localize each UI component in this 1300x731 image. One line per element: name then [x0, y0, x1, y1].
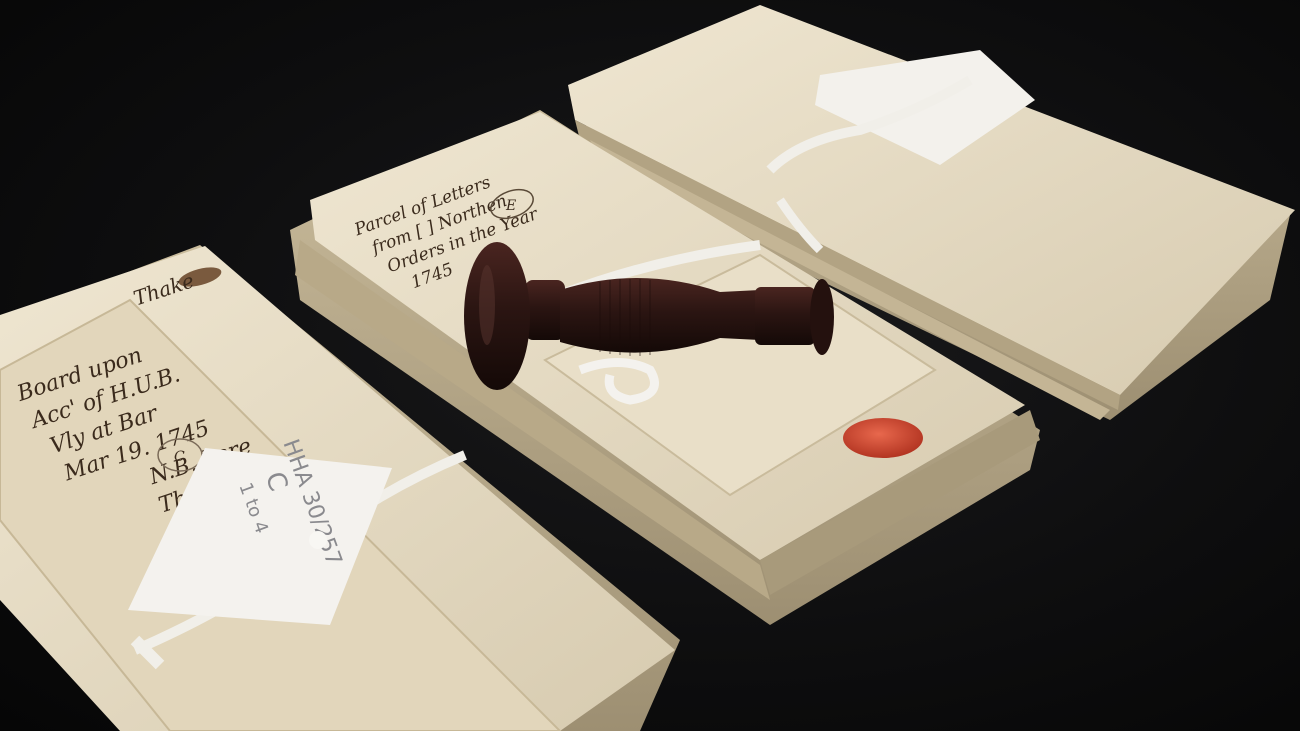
photo-illustration: Parcel of Letters from [ ] Northen Order… — [0, 0, 1300, 731]
photo-scene: Parcel of Letters from [ ] Northen Order… — [0, 0, 1300, 731]
middle-circled-label: E — [505, 198, 516, 214]
left-circled-label: C — [174, 449, 185, 465]
red-wax-seal — [843, 418, 923, 458]
